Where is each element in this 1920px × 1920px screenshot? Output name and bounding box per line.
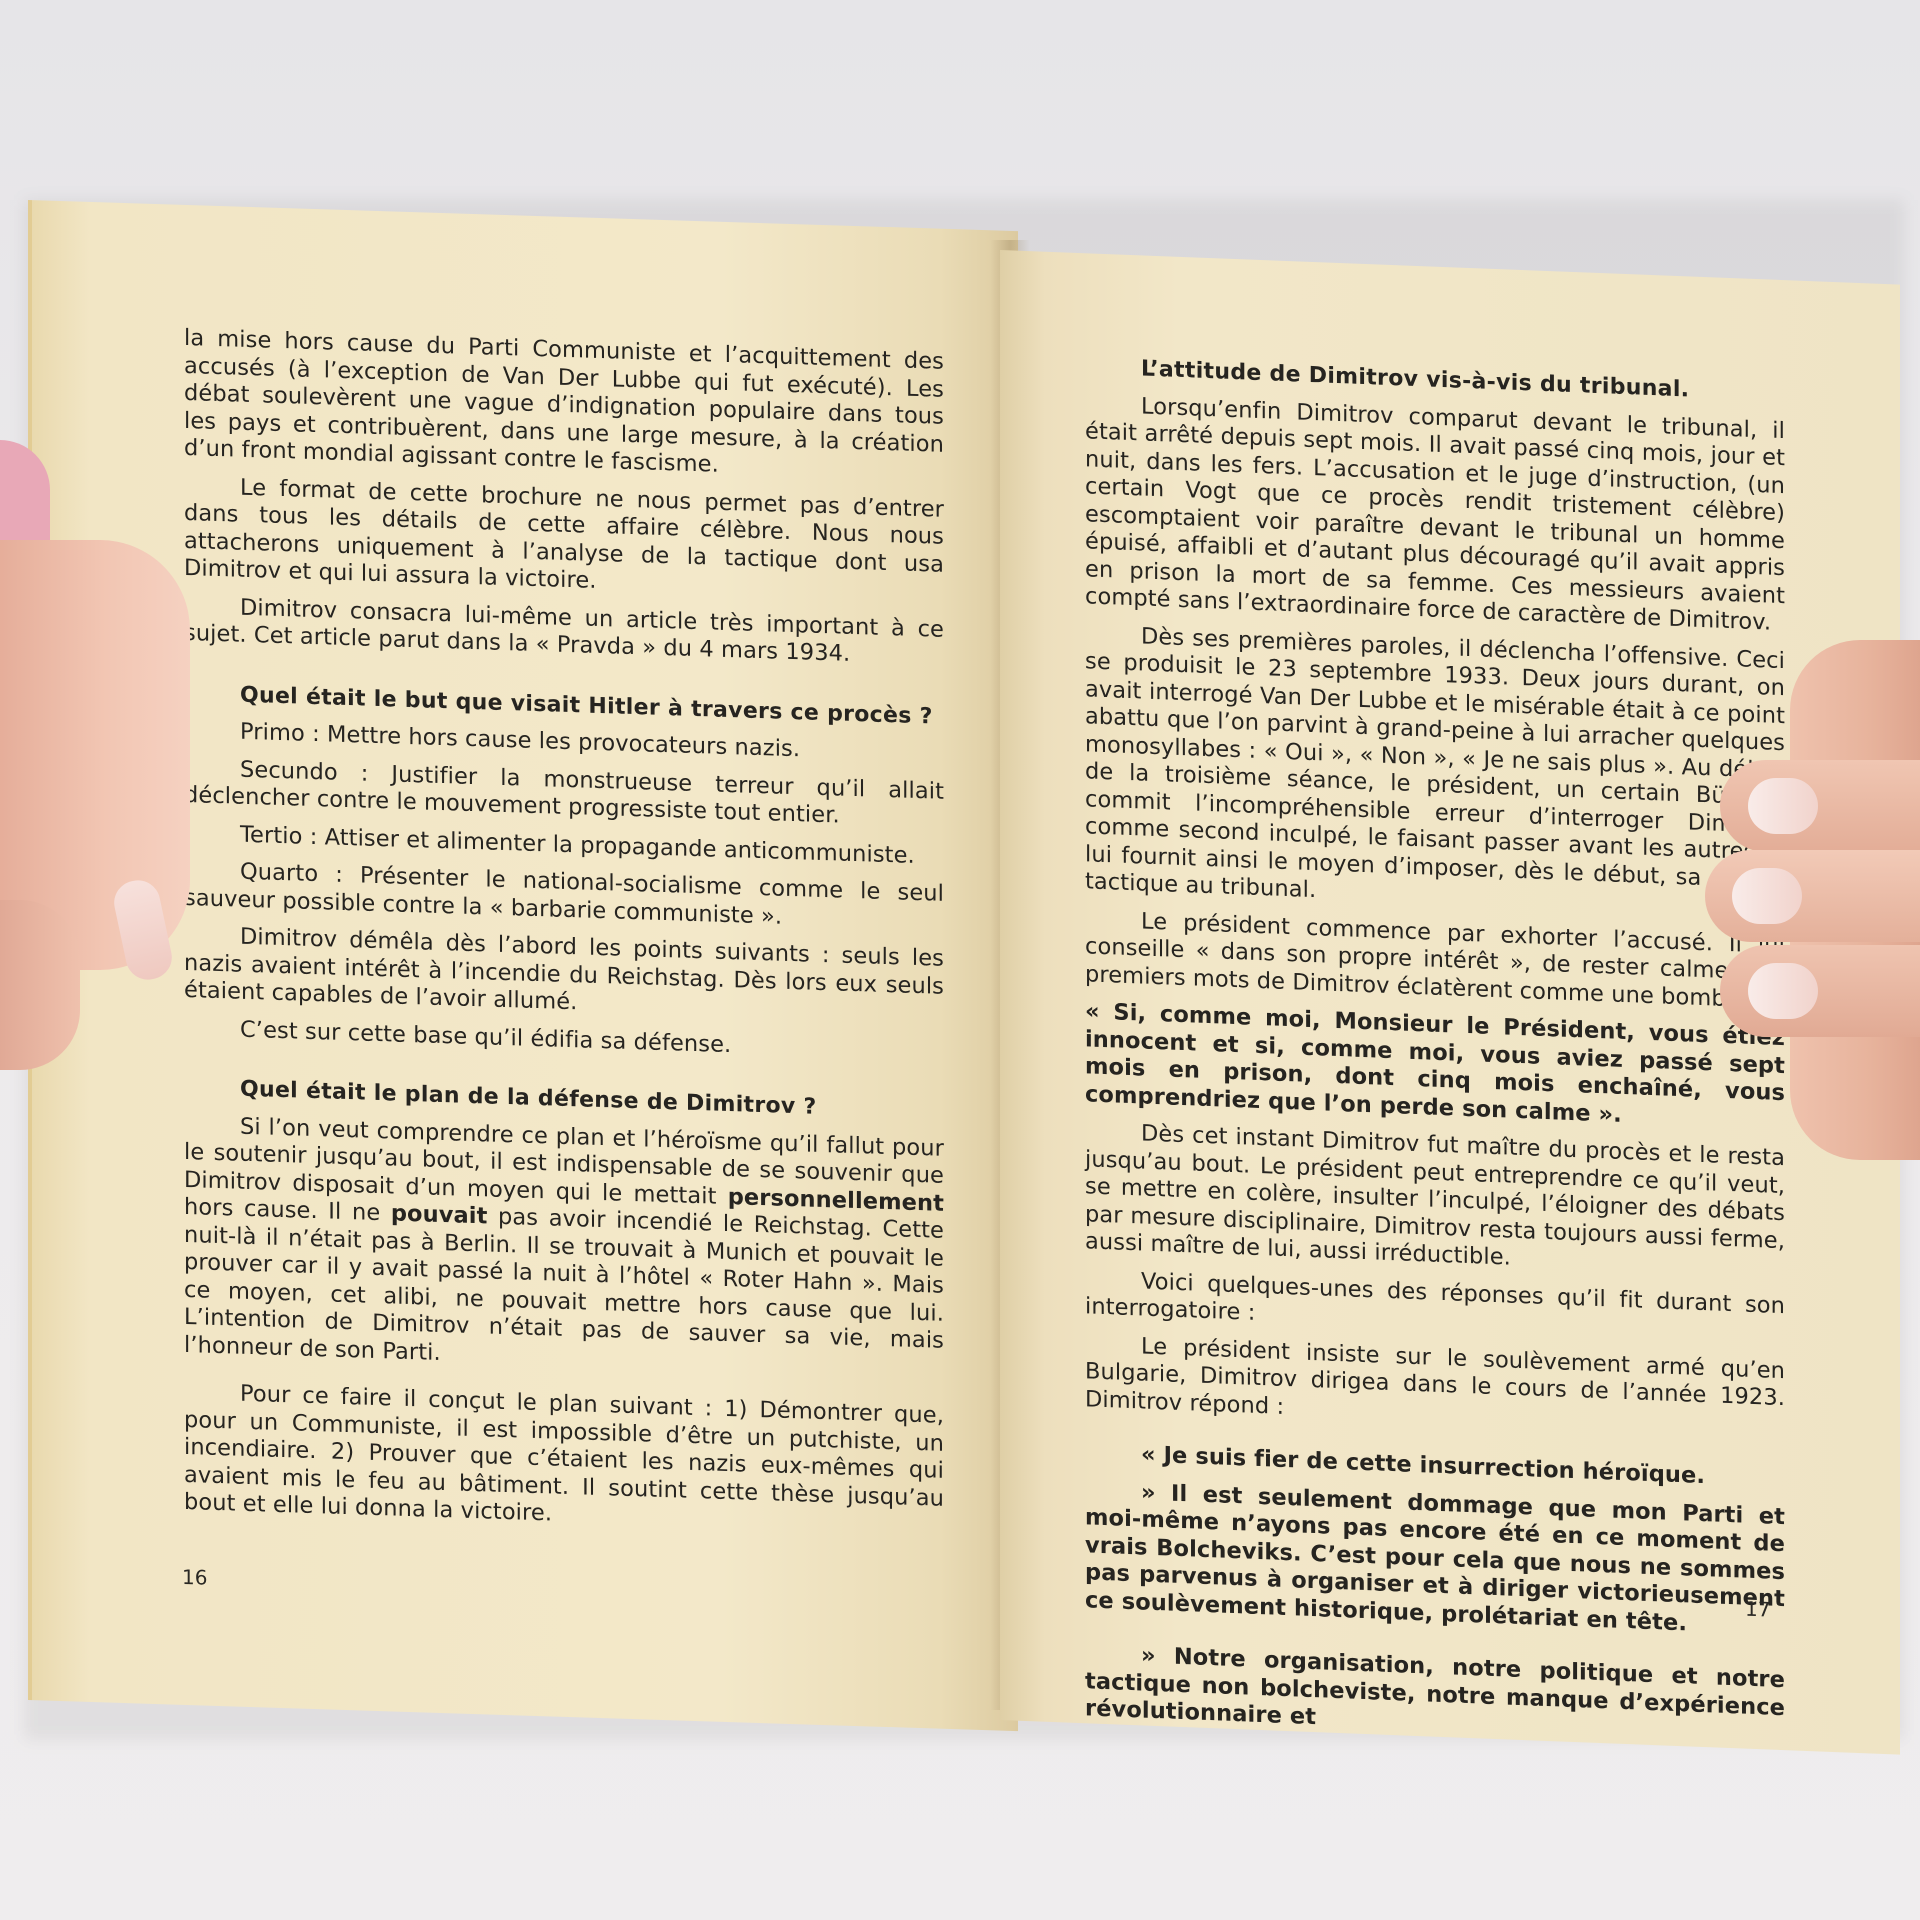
paragraph: Dès ses premières paroles, il déclencha … (1085, 621, 1785, 923)
text-run: pas avoir incendié le Reichstag. Cette n… (184, 1203, 944, 1365)
bold-quote: » Notre organisation, notre politique et… (1085, 1640, 1785, 1749)
paragraph: Lorsqu’enfin Dimitrov comparut devant le… (1085, 391, 1785, 638)
paragraph: Dimitrov consacra lui-même un article tr… (184, 592, 944, 671)
page-number-left: 16 (182, 1565, 207, 1590)
left-page-text: la mise hors cause du Parti Communiste e… (184, 325, 944, 1550)
paragraph: Le format de cette brochure ne nous perm… (184, 472, 944, 606)
fingernail (1748, 963, 1818, 1019)
paragraph: Pour ce faire il conçut le plan suivant … (184, 1379, 944, 1540)
bold-word: pouvait (391, 1200, 488, 1229)
page-number-right: 17 (1745, 1597, 1770, 1622)
paragraph: Le président insiste sur le soulèvement … (1085, 1331, 1785, 1440)
bold-quote: « Si, comme moi, Monsieur le Président, … (1085, 998, 1785, 1135)
left-page: la mise hors cause du Parti Communiste e… (28, 200, 1018, 1731)
fingernail (1732, 868, 1802, 924)
paragraph: Dimitrov démêla dès l’abord les points s… (184, 922, 944, 1028)
goal-quarto: Quarto : Présenter le national-socialism… (184, 857, 944, 936)
left-hand-lower (0, 900, 80, 1070)
bold-quote: » Il est seulement dommage que mon Parti… (1085, 1477, 1785, 1641)
goal-secundo: Secundo : Justifier la monstrueuse terre… (184, 754, 944, 833)
paragraph: Le président commence par exhorter l’acc… (1085, 906, 1785, 1015)
paragraph: Dès cet instant Dimitrov fut maître du p… (1085, 1118, 1785, 1282)
plan-paragraph: Si l’on veut comprendre ce plan et l’hér… (184, 1111, 944, 1382)
fingernail (1748, 778, 1818, 834)
right-page-text: L’attitude de Dimitrov vis-à-vis du trib… (1085, 353, 1785, 1759)
photo-scene: la mise hors cause du Parti Communiste e… (0, 0, 1920, 1920)
paragraph: la mise hors cause du Parti Communiste e… (184, 325, 944, 486)
